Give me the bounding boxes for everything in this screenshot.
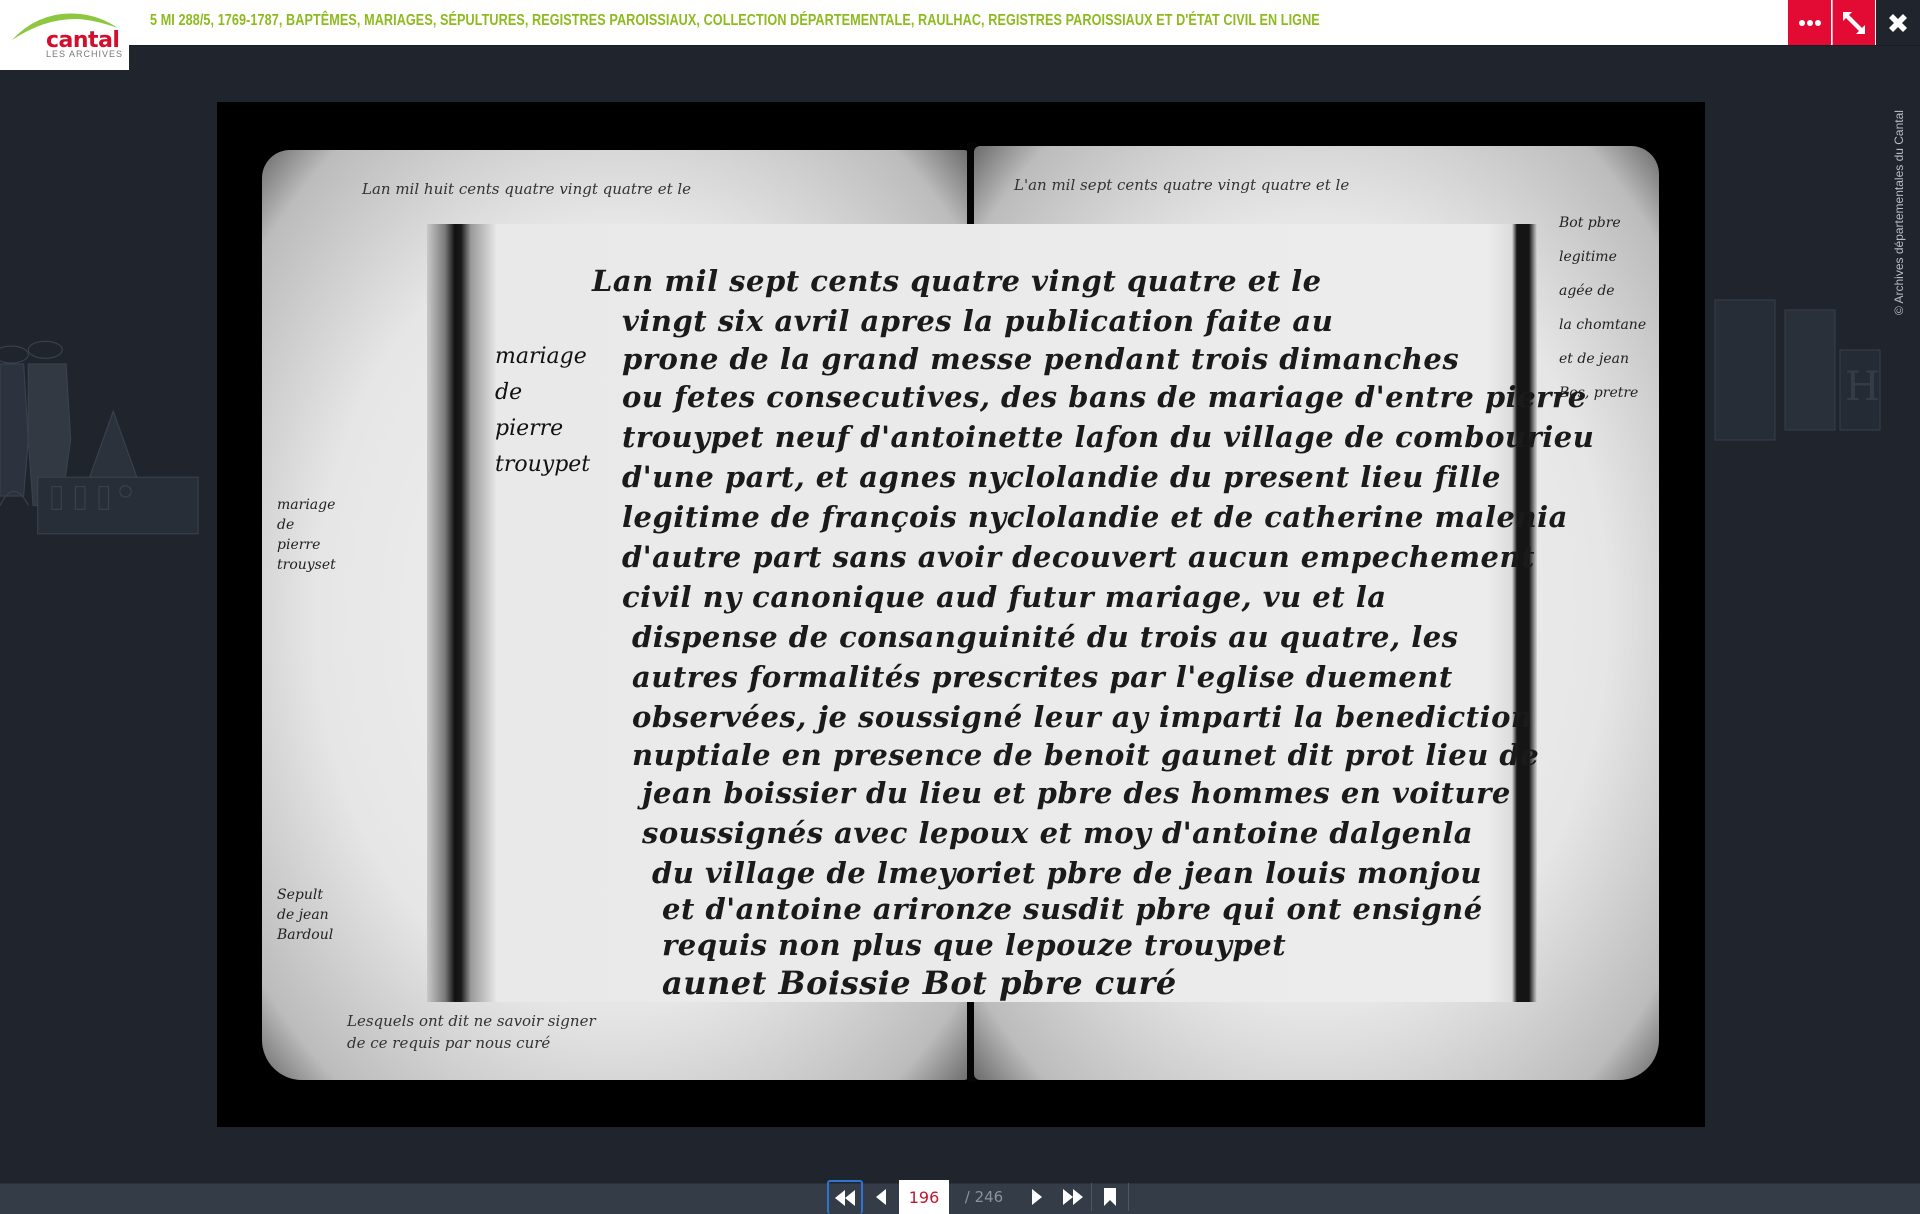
inset-line: jean boissier du lieu et pbre des hommes…: [642, 776, 1511, 810]
margin-note-line: de: [277, 515, 336, 535]
expand-arrows-icon: [1841, 10, 1867, 36]
document-image-viewer[interactable]: Lan mil huit cents quatre vingt quatre e…: [217, 102, 1705, 1127]
inset-line: et d'antoine arironze susdit pbre qui on…: [662, 892, 1483, 926]
more-options-button[interactable]: [1788, 0, 1831, 45]
inset-line: soussignés avec lepoux et moy d'antoine …: [642, 816, 1473, 850]
inset-line: prone de la grand messe pendant trois di…: [622, 342, 1459, 376]
current-page-input[interactable]: [899, 1180, 949, 1214]
left-page-margin-note-bottom: Sepult de jean Bardoul: [277, 885, 333, 945]
inset-margin-note: mariage de pierre trouypet: [495, 339, 590, 483]
logo-subtitle: LES ARCHIVES: [46, 49, 123, 59]
double-chevron-left-icon: [834, 1189, 856, 1207]
margin-note-line: legitime: [1559, 240, 1646, 274]
bookmark-icon: [1103, 1187, 1117, 1207]
margin-note-line: Sepult: [277, 885, 333, 905]
magnified-detail-inset[interactable]: mariage de pierre trouypet Lan mil sept …: [427, 224, 1537, 1002]
inset-line: nuptiale en presence de benoit gaunet di…: [632, 738, 1539, 772]
double-chevron-right-icon: [1062, 1188, 1084, 1206]
inset-line: autres formalités prescrites par l'eglis…: [632, 660, 1453, 694]
margin-note-line: trouyset: [277, 555, 336, 575]
inset-line: trouypet neuf d'antoinette lafon du vill…: [622, 420, 1594, 454]
inset-line: dispense de consanguinité du trois au qu…: [632, 620, 1459, 654]
page-total: / 246: [949, 1180, 1019, 1214]
margin-note-line: mariage: [277, 495, 336, 515]
margin-note-line: et de jean: [1559, 342, 1646, 376]
inset-signatures: aunet Boissie Bot pbre curé: [662, 964, 1177, 1002]
left-page-first-line: Lan mil huit cents quatre vingt quatre e…: [362, 180, 691, 198]
inset-line: observées, je soussigné leur ay imparti …: [632, 700, 1533, 734]
background-engraving-illustration: [0, 300, 217, 560]
fullscreen-button[interactable]: [1832, 0, 1875, 45]
inset-line: civil ny canonique aud futur mariage, vu…: [622, 580, 1387, 614]
inset-line: d'autre part sans avoir decouvert aucun …: [622, 540, 1535, 574]
inset-line: Lan mil sept cents quatre vingt quatre e…: [592, 264, 1322, 298]
chevron-left-icon: [875, 1188, 887, 1206]
margin-note-line: agée de: [1559, 274, 1646, 308]
margin-note-line: pierre: [495, 411, 590, 447]
left-page-bottom-line: de ce requis par nous curé: [347, 1034, 550, 1052]
previous-page-button[interactable]: [863, 1180, 899, 1214]
last-page-button[interactable]: [1055, 1180, 1091, 1214]
chevron-right-icon: [1031, 1188, 1043, 1206]
inset-line: d'une part, et agnes nyclolandie du pres…: [622, 460, 1501, 494]
margin-note-line: de: [495, 375, 590, 411]
margin-note-line: Bardoul: [277, 925, 333, 945]
margin-note-line: pierre: [277, 535, 336, 555]
inset-line: requis non plus que lepouze trouypet: [662, 928, 1286, 962]
close-icon: [1886, 11, 1910, 35]
ellipsis-icon: [1798, 19, 1822, 27]
document-title: 5 MI 288/5, 1769-1787, BAPTÊMES, MARIAGE…: [150, 12, 1320, 30]
inset-line: legitime de françois nyclolandie et de c…: [622, 500, 1568, 534]
next-page-button[interactable]: [1019, 1180, 1055, 1214]
first-page-button[interactable]: [827, 1180, 863, 1214]
margin-note-line: Bot pbre: [1559, 206, 1646, 240]
copyright-notice: © Archives départementales du Cantal: [1892, 110, 1906, 315]
background-engraving-illustration-right: H: [1705, 290, 1885, 550]
inset-line: du village de lmeyoriet pbre de jean lou…: [652, 856, 1482, 890]
margin-note-line: la chomtane: [1559, 308, 1646, 342]
inset-line: ou fetes consecutives, des bans de maria…: [622, 380, 1587, 414]
top-bar-divider: [0, 45, 1920, 46]
right-page-first-line: L'an mil sept cents quatre vingt quatre …: [1014, 176, 1349, 194]
toolbar-separator: [1128, 1183, 1129, 1211]
margin-note-line: de jean: [277, 905, 333, 925]
margin-note-line: mariage: [495, 339, 590, 375]
left-page-margin-note: mariage de pierre trouyset: [277, 495, 336, 575]
cantal-archives-logo[interactable]: cantal LES ARCHIVES: [0, 0, 129, 70]
close-viewer-button[interactable]: [1876, 0, 1920, 45]
svg-text:H: H: [1845, 364, 1880, 410]
inset-line: vingt six avril apres la publication fai…: [622, 304, 1333, 338]
bookmark-button[interactable]: [1092, 1180, 1128, 1214]
pagination-controls: / 246: [827, 1180, 1129, 1214]
margin-note-line: trouypet: [495, 447, 590, 483]
left-page-bottom-line: Lesquels ont dit ne savoir signer: [347, 1012, 596, 1030]
